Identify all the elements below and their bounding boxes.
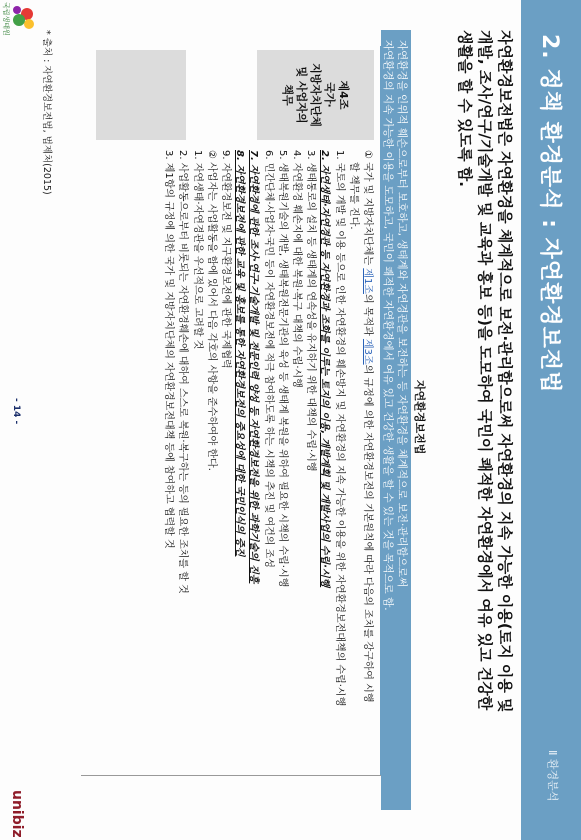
law-title: 자연환경보전법 [412, 380, 428, 454]
source-note: * 출처 : 자연환경보전법, 법제처(2015) [41, 30, 55, 195]
purpose-line: 자연환경의 지속 가능한 이용을 도모하고, 국민이 쾌적한 자연환경에서 여유… [381, 40, 395, 800]
intro-line: 생활을 할 수 있도록 함. [455, 30, 475, 760]
article-heading-line: 지방자치단체 [309, 50, 323, 140]
header-band: 2. 정책 환경분석 : 자연환경보전법 Ⅱ 환경분석 [521, 0, 581, 840]
list-item: 3. 생태통로의 설치 등 생태계의 연속성을 유지하기 위한 대책의 수립·시… [303, 150, 317, 770]
list-item: 1. 국토의 개발 및 이용 등으로 인한 자연환경의 훼손방지 및 자연환경의… [331, 150, 345, 770]
text: ① 국가 및 지방자치단체는 [362, 150, 373, 268]
intro-line: 개발, 조사/연구/기술개발 및 교육과 홍보 등)을 도모하여 국민이 쾌적한… [475, 30, 495, 760]
purpose-box: 자연환경을 인위적 훼손으로부터 보호하고, 생태계와 자연경관을 보전하는 등… [381, 30, 411, 810]
article-heading-line: 국가· [323, 50, 337, 140]
list-item-emphasis: 7. 자연환경에 관한 조사·연구·기술개발 및 전문인력 양성 등 자연환경보… [246, 150, 260, 770]
article-label-blank [96, 50, 186, 140]
article-label: 제4조 국가· 지방자치단체 및 사업자의 책무 [257, 50, 374, 140]
article-heading-line: 및 사업자의 [295, 50, 309, 140]
table-right-rule [81, 775, 381, 776]
list-item-emphasis: 2. 자연생태·자연경관 등 자연환경과 조화를 이루는 토지의 이용, 개발계… [317, 150, 331, 770]
list-item: 9. 자연환경보전 및 지구환경보전에 관한 국제협력 [218, 150, 232, 770]
list-item: 1. 자연생태·자연경관을 우선적으로 고려할 것 [189, 150, 203, 770]
article-body: ① 국가 및 지방자치단체는 제1조의 목적과 제3조의 규정에 의한 자연환경… [161, 150, 374, 770]
page-title: 2. 정책 환경분석 : 자연환경보전법 [536, 34, 567, 393]
brand-logo: unibiz [9, 790, 25, 838]
link-article-3[interactable]: 제3조 [362, 339, 373, 365]
logo-icon: 국립생태원 [1, 0, 41, 40]
intro-line: 자연환경보전법은 자연환경을 체계적으로 보전·관리함으로써 자연환경의 지속 … [495, 30, 515, 760]
article-heading-line: 책무 [281, 50, 295, 140]
table-top-border [380, 46, 381, 776]
article-number: 제4조 [337, 50, 351, 140]
text: 의 규정에 의한 자연환경보전의 기본원칙에 따라 다음의 조치를 강구하여 시… [362, 365, 373, 703]
list-item-emphasis: 8. 자연환경보전에 관한 교육 및 홍보를 통한 자연환경보전의 중요성에 대… [232, 150, 246, 770]
list-item: 5. 생태복원기술의 개발, 생태복원전문기관의 육성 등 생태계 복원을 위하… [275, 150, 289, 770]
list-item: 6. 민간단체·사업자·국민 등이 자연환경보전에 적극 참여하도록 하는 시책… [260, 150, 274, 770]
text: 의 목적과 [362, 294, 373, 339]
section-label: Ⅱ 환경분석 [545, 750, 561, 801]
document-page: 2. 정책 환경분석 : 자연환경보전법 Ⅱ 환경분석 자연환경보전법은 자연환… [0, 0, 581, 840]
nie-logo: 국립생태원 [1, 0, 41, 40]
paragraph-1-cont: 할 책무를 진다. [346, 150, 360, 770]
list-item: 2. 사업활동으로부터 비롯되는 자연환경훼손에 대하여 스스로 복원·복구하는… [175, 150, 189, 770]
page-number: - 14 - [11, 398, 21, 424]
list-item: 4. 자연환경 훼손지에 대한 복원·복구 대책의 수립·시행 [289, 150, 303, 770]
paragraph-1: ① 국가 및 지방자치단체는 제1조의 목적과 제3조의 규정에 의한 자연환경… [360, 150, 374, 770]
link-article-1[interactable]: 제1조 [362, 268, 373, 294]
list-item: 3. 제1항의 규정에 의한 국가 및 지방자치단체의 자연환경보전대책 등에 … [161, 150, 175, 770]
svg-text:국립생태원: 국립생태원 [2, 2, 11, 36]
purpose-line: 자연환경을 인위적 훼손으로부터 보호하고, 생태계와 자연경관을 보전하는 등… [395, 40, 409, 800]
intro-paragraph: 자연환경보전법은 자연환경을 체계적으로 보전·관리함으로써 자연환경의 지속 … [455, 30, 515, 760]
paragraph-2: ② 사업자는 사업활동을 함에 있어서 다음 각호의 사항을 준수하여야 한다. [204, 150, 218, 770]
